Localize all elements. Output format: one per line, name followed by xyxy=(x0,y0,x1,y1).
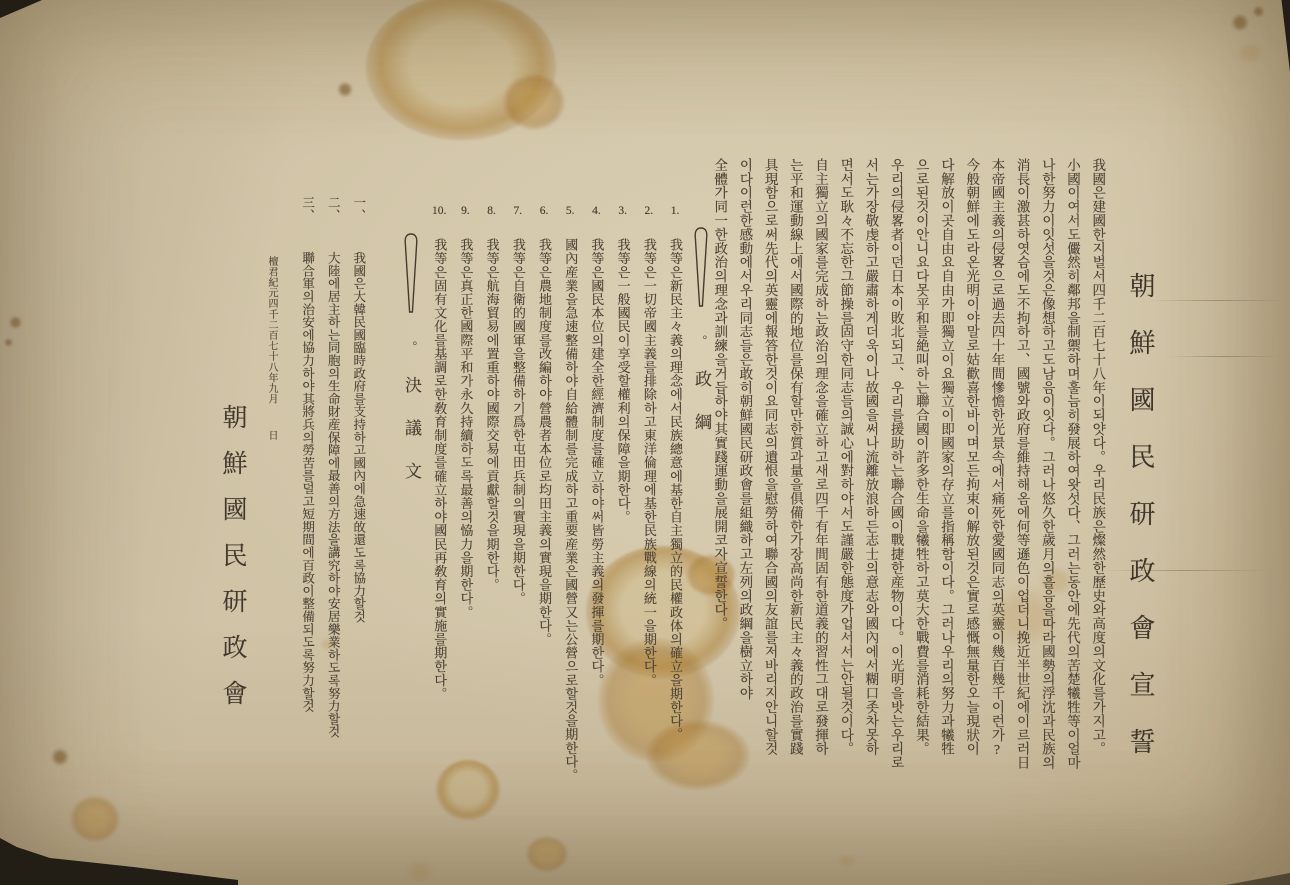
item-text: 大陸에居主하는同胞의生命財産保障에最善의方法을講究하야安居樂業하도록努力할것 xyxy=(326,252,340,738)
item-number: 9. xyxy=(461,198,470,224)
preamble-column: 消長이激甚하엿슴에도不拘하고、國號와政府를維持해옴에何等遜色이업더니挽近半世紀에… xyxy=(1009,158,1034,818)
platform-item: 2.我等은一切帝國主義를排除하고東洋倫理에基한民族戰線의統一을期한다。 xyxy=(636,196,662,782)
section-platform-header: 。 政綱 xyxy=(692,226,714,456)
platform-item: 1.我等은新民主々義의理念에서民族總意에基한自主獨立的民權政体의確立을期한다。 xyxy=(662,196,688,782)
preamble-column: 今般朝鮮에도라온光明이야말로姑歡喜한바이며모든拘束이解放된것은實로感慨無量한오늘… xyxy=(959,158,984,818)
section-circle: 。 xyxy=(403,341,420,353)
item-number: 7. xyxy=(514,198,523,224)
preamble-column: 나한努力이잇섯을것은像想하고도남음이잇다。그러나悠久한歲月의흘음을따라國勢의浮沈… xyxy=(1035,158,1060,818)
platform-items: 1.我等은新民主々義의理念에서民族總意에基한自主獨立的民權政体의確立을期한다。 … xyxy=(426,196,688,782)
platform-item: 10.我等은固有文化를基調로한敎育制度를確立하야國民再敎育의實施를期한다。 xyxy=(426,196,452,782)
item-text: 國內産業을急速整備하야自給體制를完成하고重要産業은國營又는公營으로할것을期한다。 xyxy=(563,238,578,782)
item-text: 我等은國民本位의建全한經濟制度를確立하야써皆勞主義의發揮를期한다。 xyxy=(589,238,604,687)
item-text: 我等은航海貿易에置重하야國際交易에貢獻할것을期한다。 xyxy=(485,238,500,592)
platform-item: 8.我等은航海貿易에置重하야國際交易에貢獻할것을期한다。 xyxy=(478,196,504,782)
signature: 朝鮮國民研政會 xyxy=(214,404,250,726)
platform-item: 4.我等은國民本位의建全한經濟制度를確立하야써皆勞主義의發揮를期한다。 xyxy=(583,196,609,782)
platform-item: 9.我等은真正한國際平和가永久持續하도록最善의恊力을期한다。 xyxy=(452,196,478,782)
item-text: 我等은真正한國際平和가永久持續하도록最善의恊力을期한다。 xyxy=(458,238,473,619)
item-text: 我國은大韓民國臨時政府를支持하고國內에急速敀還도록協力할것 xyxy=(352,252,366,623)
item-number: 5. xyxy=(566,198,575,224)
item-number: 一、 xyxy=(345,196,371,222)
platform-item: 7.我等은自衛的國軍을整備하기爲한屯田兵制의實現을期한다。 xyxy=(505,196,531,782)
document-photo: 朝鮮國民研政會宣誓 我國은建國한지벌서四千二百七十八年이되얏다。우리民族은燦然한… xyxy=(0,0,1290,885)
preamble-column: 으로된것이안니요다못平和를絶叫하는聯合國이許多한生命을犧牲하고莫大한戰費를消耗한… xyxy=(909,158,934,818)
section-resolution-label: 決議文 xyxy=(402,376,421,505)
section-circle: 。 xyxy=(693,335,710,347)
resolution-item: 三、聯合軍의治安에協力하야其將兵의勞苦를덜고短期間에百政이整備되도록努力할것 xyxy=(294,196,320,738)
preamble-column: 서는가장敬虔하고嚴肅하게더욱이나故國을써나流離放浪하든志士의意志와國內에서糊口좃… xyxy=(858,158,883,818)
preamble-column: 다解放이곳自由요自由가即獨立이요獨立이即國家의存立를指稱함이다。그러나우리의努力… xyxy=(934,158,959,818)
date-main: 檀君紀元四千二百七十八年九月 xyxy=(266,256,277,404)
item-text: 我等은固有文化를基調로한敎育制度를確立하야國民再敎育의實施를期한다。 xyxy=(432,238,447,700)
item-number: 8. xyxy=(487,198,496,224)
date-day: 日 xyxy=(264,430,279,441)
section-marker-icon xyxy=(402,232,420,316)
preamble-column: 이다이런한感動에서우리同志들은敢히朝鮮國民研政會를組織하고左列의政綱을樹立하야 xyxy=(732,158,757,818)
item-text: 我等은新民主々義의理念에서民族總意에基한自主獨立的民權政体의確立을期한다。 xyxy=(668,238,683,741)
section-resolution-header: 。 決議文 xyxy=(402,232,424,505)
page-title: 朝鮮國民研政會宣誓 xyxy=(1122,272,1159,785)
item-number: 二、 xyxy=(320,196,346,222)
preamble-column: 小國이여서도儼然히鄰邦을制禦하며훌늠히發展하여왓섯다、그러는동안에先代의苦楚犧牲… xyxy=(1060,158,1085,818)
item-number: 1. xyxy=(671,198,680,224)
preamble-column: 我國은建國한지벌서四千二百七十八年이되얏다。우리民族은燦然한歷史와高度의文化를가… xyxy=(1085,158,1110,818)
item-number: 4. xyxy=(592,198,601,224)
item-text: 聯合軍의治安에協力하야其將兵의勞苦를덜고短期間에百政이整備되도록努力할것 xyxy=(301,252,315,713)
item-number: 三、 xyxy=(294,196,320,222)
item-text: 我等은一切帝國主義를排除하고東洋倫理에基한民族戰線의統一을期한다。 xyxy=(642,238,657,687)
resolution-item: 一、我國은大韓民國臨時政府를支持하고國內에急速敀還도록協力할것 xyxy=(345,196,371,738)
preamble-column: 本帝國主義의侵畧으로過去四十年間慘憺한光景속에서痛死한愛國同志의英靈이幾百幾千이… xyxy=(984,158,1009,818)
resolution-items: 一、我國은大韓民國臨時政府를支持하고國內에急速敀還도록協力할것 二、大陸에居主하… xyxy=(294,196,371,738)
date-line: 檀君紀元四千二百七十八年九月日 xyxy=(264,256,279,441)
preamble-column: 自主獨立의國家를完成하는政治의理念을確立하고새로四千有年間固有한道義的習性그대로… xyxy=(808,158,833,818)
resolution-item: 二、大陸에居主하는同胞의生命財産保障에最善의方法을講究하야安居樂業하도록努力할것 xyxy=(320,196,346,738)
section-marker-icon xyxy=(692,226,710,310)
preamble-column: 우리의侵畧者이던日本이敗北되고、우리를援助하는聯合國이戰捷한産物이다。이光明을밧… xyxy=(883,158,908,818)
platform-item: 5.國內産業을急速整備하야自給體制를完成하고重要産業은國營又는公營으로할것을期한… xyxy=(557,196,583,782)
section-platform-label: 政綱 xyxy=(692,370,711,456)
platform-item: 3.我等은一般國民이享受할權利의保障을期한다。 xyxy=(609,196,635,782)
item-number: 6. xyxy=(540,198,549,224)
preamble-column: 면서도耿々不忘한그節操를固守한同志들의誠心에對하야서도謹嚴한態度가업서서는안될것… xyxy=(833,158,858,818)
platform-item: 6.我等은農地制度를改編하야營農者本位로均田主義의實現을期한다。 xyxy=(531,196,557,782)
item-text: 我等은農地制度를改編하야營農者本位로均田主義의實現을期한다。 xyxy=(537,238,552,646)
preamble: 我國은建國한지벌서四千二百七十八年이되얏다。우리民族은燦然한歷史와高度의文化를가… xyxy=(707,158,1110,818)
preamble-column: 는平和運動線上에서國際的地位를保有할만한質과量을俱備한가장高尚한新民主々義的政治… xyxy=(783,158,808,818)
item-text: 我等은一般國民이享受할權利의保障을期한다。 xyxy=(616,238,631,524)
item-text: 我等은自衛的國軍을整備하기爲한屯田兵制의實現을期한다。 xyxy=(511,238,526,605)
item-number: 10. xyxy=(432,198,446,224)
preamble-column: 具現함으로써先代의英靈에報答한것이요同志의遺恨을慰勞하여聯合國의友誼를저바리지안… xyxy=(757,158,782,818)
item-number: 3. xyxy=(618,198,627,224)
item-number: 2. xyxy=(645,198,654,224)
